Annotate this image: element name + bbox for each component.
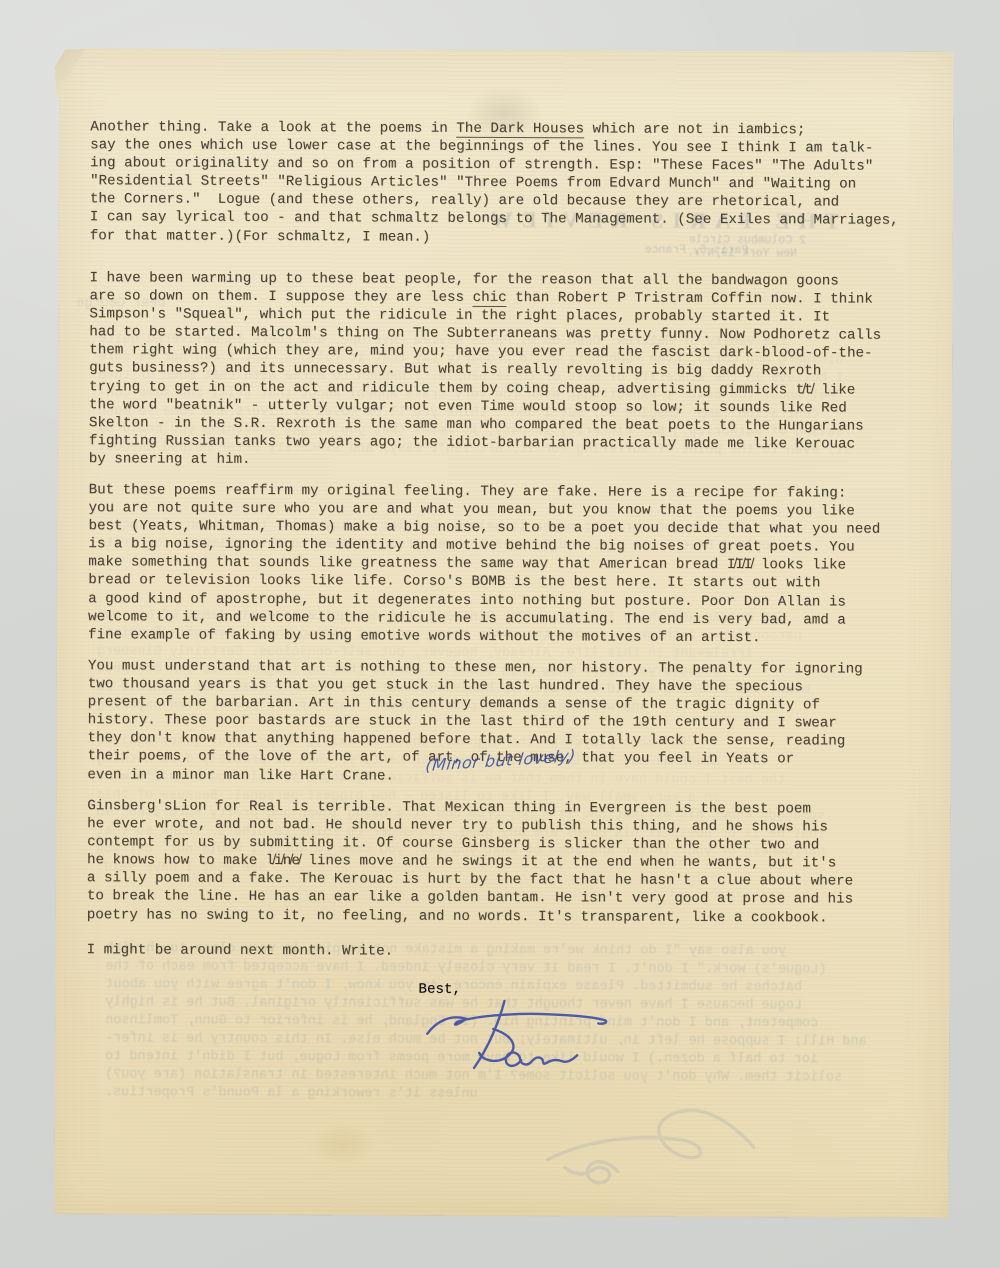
- paragraph-1: Another thing. Take a look at the poems …: [90, 118, 921, 248]
- letter-paper: THE PARIS REVIEW 2 Columbus CircleNew Yo…: [54, 48, 953, 1218]
- typed-line: poetry has no swing to it, no feeling, a…: [87, 906, 917, 928]
- scanned-letter-page: { "page": { "background": "#d5d7d4", "pa…: [0, 0, 1000, 1268]
- paragraph-5: Ginsberg'sLion for Real is terrible. Tha…: [87, 797, 918, 927]
- underlined-text: chic: [473, 290, 507, 307]
- underlined-text: The Dark Houses: [456, 121, 584, 139]
- paragraph-3: But these poems reaffirm my original fee…: [88, 481, 919, 647]
- typed-line: fine example of faking by using emotive …: [88, 626, 918, 648]
- typed-line: I might be around next month. Write.: [87, 941, 917, 963]
- paragraph-2: I have been warming up to these beat peo…: [89, 269, 920, 472]
- paragraph-6: I might be around next month. Write.: [87, 941, 917, 963]
- signature-don: [424, 996, 634, 1083]
- typed-line: for that matter.)(For schmaltz, I mean.): [90, 227, 920, 249]
- typed-line: by sneering at him.: [89, 450, 919, 472]
